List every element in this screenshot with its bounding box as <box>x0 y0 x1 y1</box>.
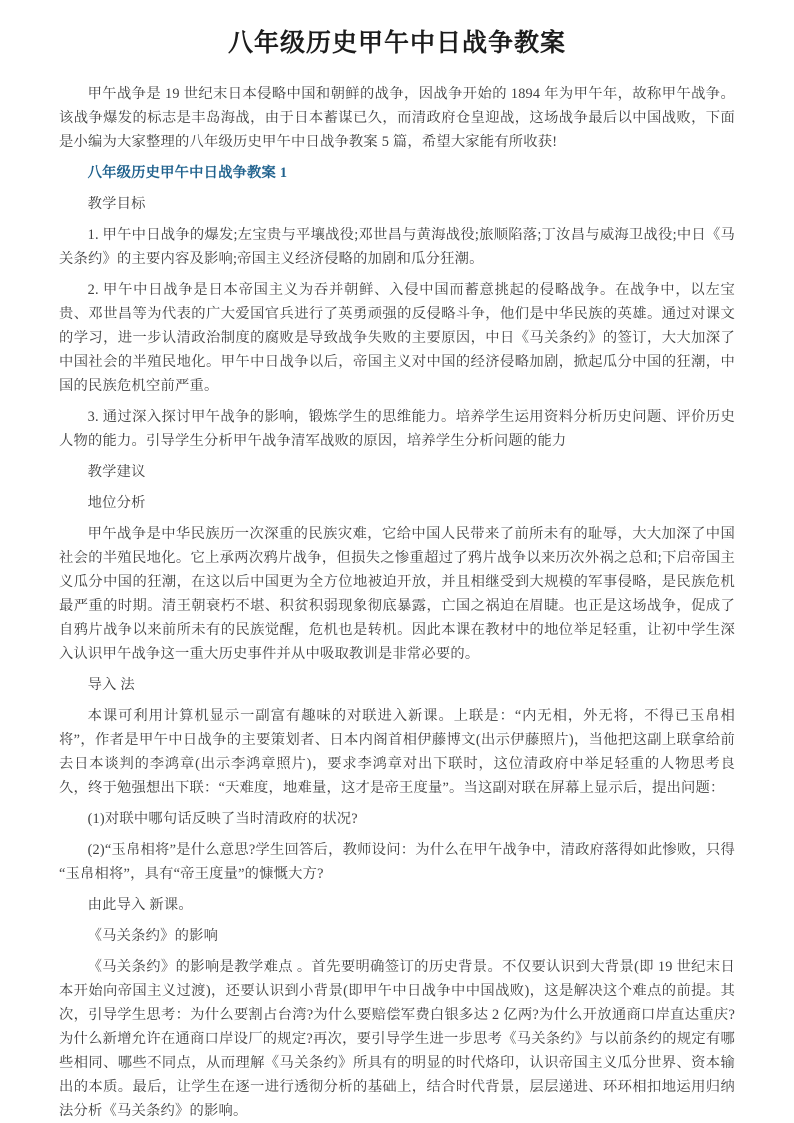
doc-title: 八年级历史甲午中日战争教案 <box>59 26 735 60</box>
goal-item-3: 3. 通过深入探讨甲午战争的影响，锻炼学生的思维能力。培养学生运用资料分析历史问… <box>59 405 735 453</box>
question-1: (1)对联中哪句话反映了当时清政府的状况? <box>59 807 735 831</box>
position-analysis-paragraph: 甲午战争是中华民族历一次深重的民族灾难，它给中国人民带来了前所未有的耻辱，大大加… <box>59 522 735 666</box>
section1-heading: 八年级历史甲午中日战争教案 1 <box>59 161 735 185</box>
treaty-impact-heading: 《马关条约》的影响 <box>59 924 735 948</box>
goal-item-2: 2. 甲午中日战争是日本帝国主义为吞并朝鲜、入侵中国而蓄意挑起的侵略战争。在战争… <box>59 278 735 398</box>
question-2: (2)“玉帛相将”是什么意思?学生回答后，教师设问：为什么在甲午战争中，清政府落… <box>59 838 735 886</box>
document-page: 八年级历史甲午中日战争教案 甲午战争是 19 世纪末日本侵略中国和朝鲜的战争，因… <box>0 0 794 1123</box>
lead-in-conclusion: 由此导入 新课。 <box>59 893 735 917</box>
teaching-goals-label: 教学目标 <box>59 192 735 216</box>
lead-in-method-label: 导入 法 <box>59 673 735 697</box>
intro-paragraph: 甲午战争是 19 世纪末日本侵略中国和朝鲜的战争，因战争开始的 1894 年为甲… <box>59 82 735 154</box>
goal-item-1: 1. 甲午中日战争的爆发;左宝贵与平壤战役;邓世昌与黄海战役;旅顺陷落;丁汝昌与… <box>59 223 735 271</box>
teaching-advice-label: 教学建议 <box>59 460 735 484</box>
position-analysis-label: 地位分析 <box>59 491 735 515</box>
treaty-impact-paragraph: 《马关条约》的影响是教学难点 。首先要明确签订的历史背景。不仅要认识到大背景(即… <box>59 955 735 1123</box>
lead-in-paragraph: 本课可利用计算机显示一副富有趣味的对联进入新课。上联是：“内无相，外无将，不得已… <box>59 704 735 800</box>
